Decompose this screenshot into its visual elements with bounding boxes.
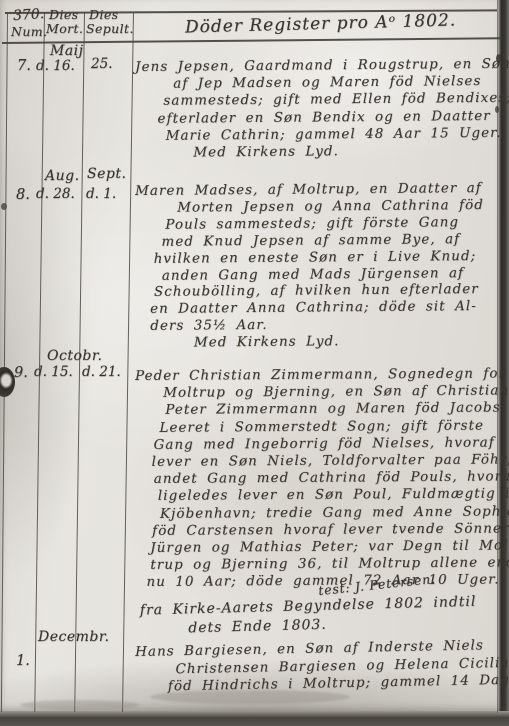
- entry-text-line: Marie Cathrin; gammel 48 Aar 15 Uger.: [166, 125, 498, 145]
- entry2-burial-day: d. 1.: [86, 186, 116, 202]
- column-header-dies-sepult: Dies: [89, 7, 118, 22]
- entry-text-line: en Daatter Anna Cathrina; döde sit Al-: [150, 299, 498, 319]
- edge-mark: [496, 54, 501, 63]
- entry1-burial-day: 25.: [91, 56, 112, 72]
- entry1-death-month: Maij: [50, 43, 84, 59]
- entry1-number: 7.: [17, 58, 31, 74]
- entry4-number: 1.: [16, 653, 30, 669]
- column-header-dies-sepult-2: Sepult.: [86, 21, 134, 36]
- column-header-dies-mort: Dies: [49, 7, 78, 22]
- entry3-record-text: Peder Christian Zimmermann, Sognedegn fo…: [135, 365, 499, 591]
- entry-text-line: Leeret i Sommerstedt Sogn; gift förste: [159, 417, 497, 437]
- entry4-death-month: Decembr.: [38, 629, 109, 645]
- entry1-death-day: d. 16.: [36, 58, 75, 74]
- column-header-num: Num.: [11, 24, 47, 39]
- entry3-burial-day: d. 21.: [82, 364, 121, 380]
- page-number: 370.: [12, 6, 44, 24]
- entry2-death-month: Aug.: [45, 168, 80, 184]
- entry-text-line: Peter Zimmermann og Maren föd Jacobs i: [165, 400, 497, 420]
- entry3-death-day: d. 15.: [34, 364, 73, 380]
- register-page-scan: 370. Num. Dies Mort. Dies Sepult. Döder …: [0, 0, 509, 726]
- edge-mark: [495, 106, 499, 113]
- paper-smudge: [20, 700, 140, 710]
- scan-edge-bottom: [0, 711, 509, 726]
- entry2-number: 8.: [16, 187, 30, 203]
- entry2-death-day: d. 28.: [36, 186, 75, 202]
- entry3-number: 9.: [14, 365, 28, 381]
- ink-spot: [1, 203, 7, 210]
- entry-text-line: Kjöbenhavn; tredie Gang med Anne Sophia: [160, 503, 498, 523]
- entry3-month: Octobr.: [47, 348, 102, 364]
- entry2-record-text: Maren Madses, af Moltrup, en Daatter af …: [135, 181, 498, 353]
- entry2-burial-month: Sept.: [87, 166, 126, 182]
- entry-text-line: Med Kirkens Lyd.: [136, 334, 397, 353]
- entry4-record-text: Hans Bargiesen, en Søn af Inderste Niels…: [135, 637, 498, 697]
- entry1-record-text: Jens Jepsen, Gaardmand i Rougstrup, en S…: [135, 56, 498, 162]
- entry-text-line: ders 35½ Aar.: [150, 316, 498, 336]
- entry-text-line: Med Kirkens Lyd.: [136, 143, 397, 162]
- column-header-dies-mort-2: Mort.: [46, 21, 83, 36]
- entry-text-line: ligeledes lever en Søn Poul, Fuldmægtig …: [158, 486, 498, 506]
- paper-smudge: [150, 690, 350, 704]
